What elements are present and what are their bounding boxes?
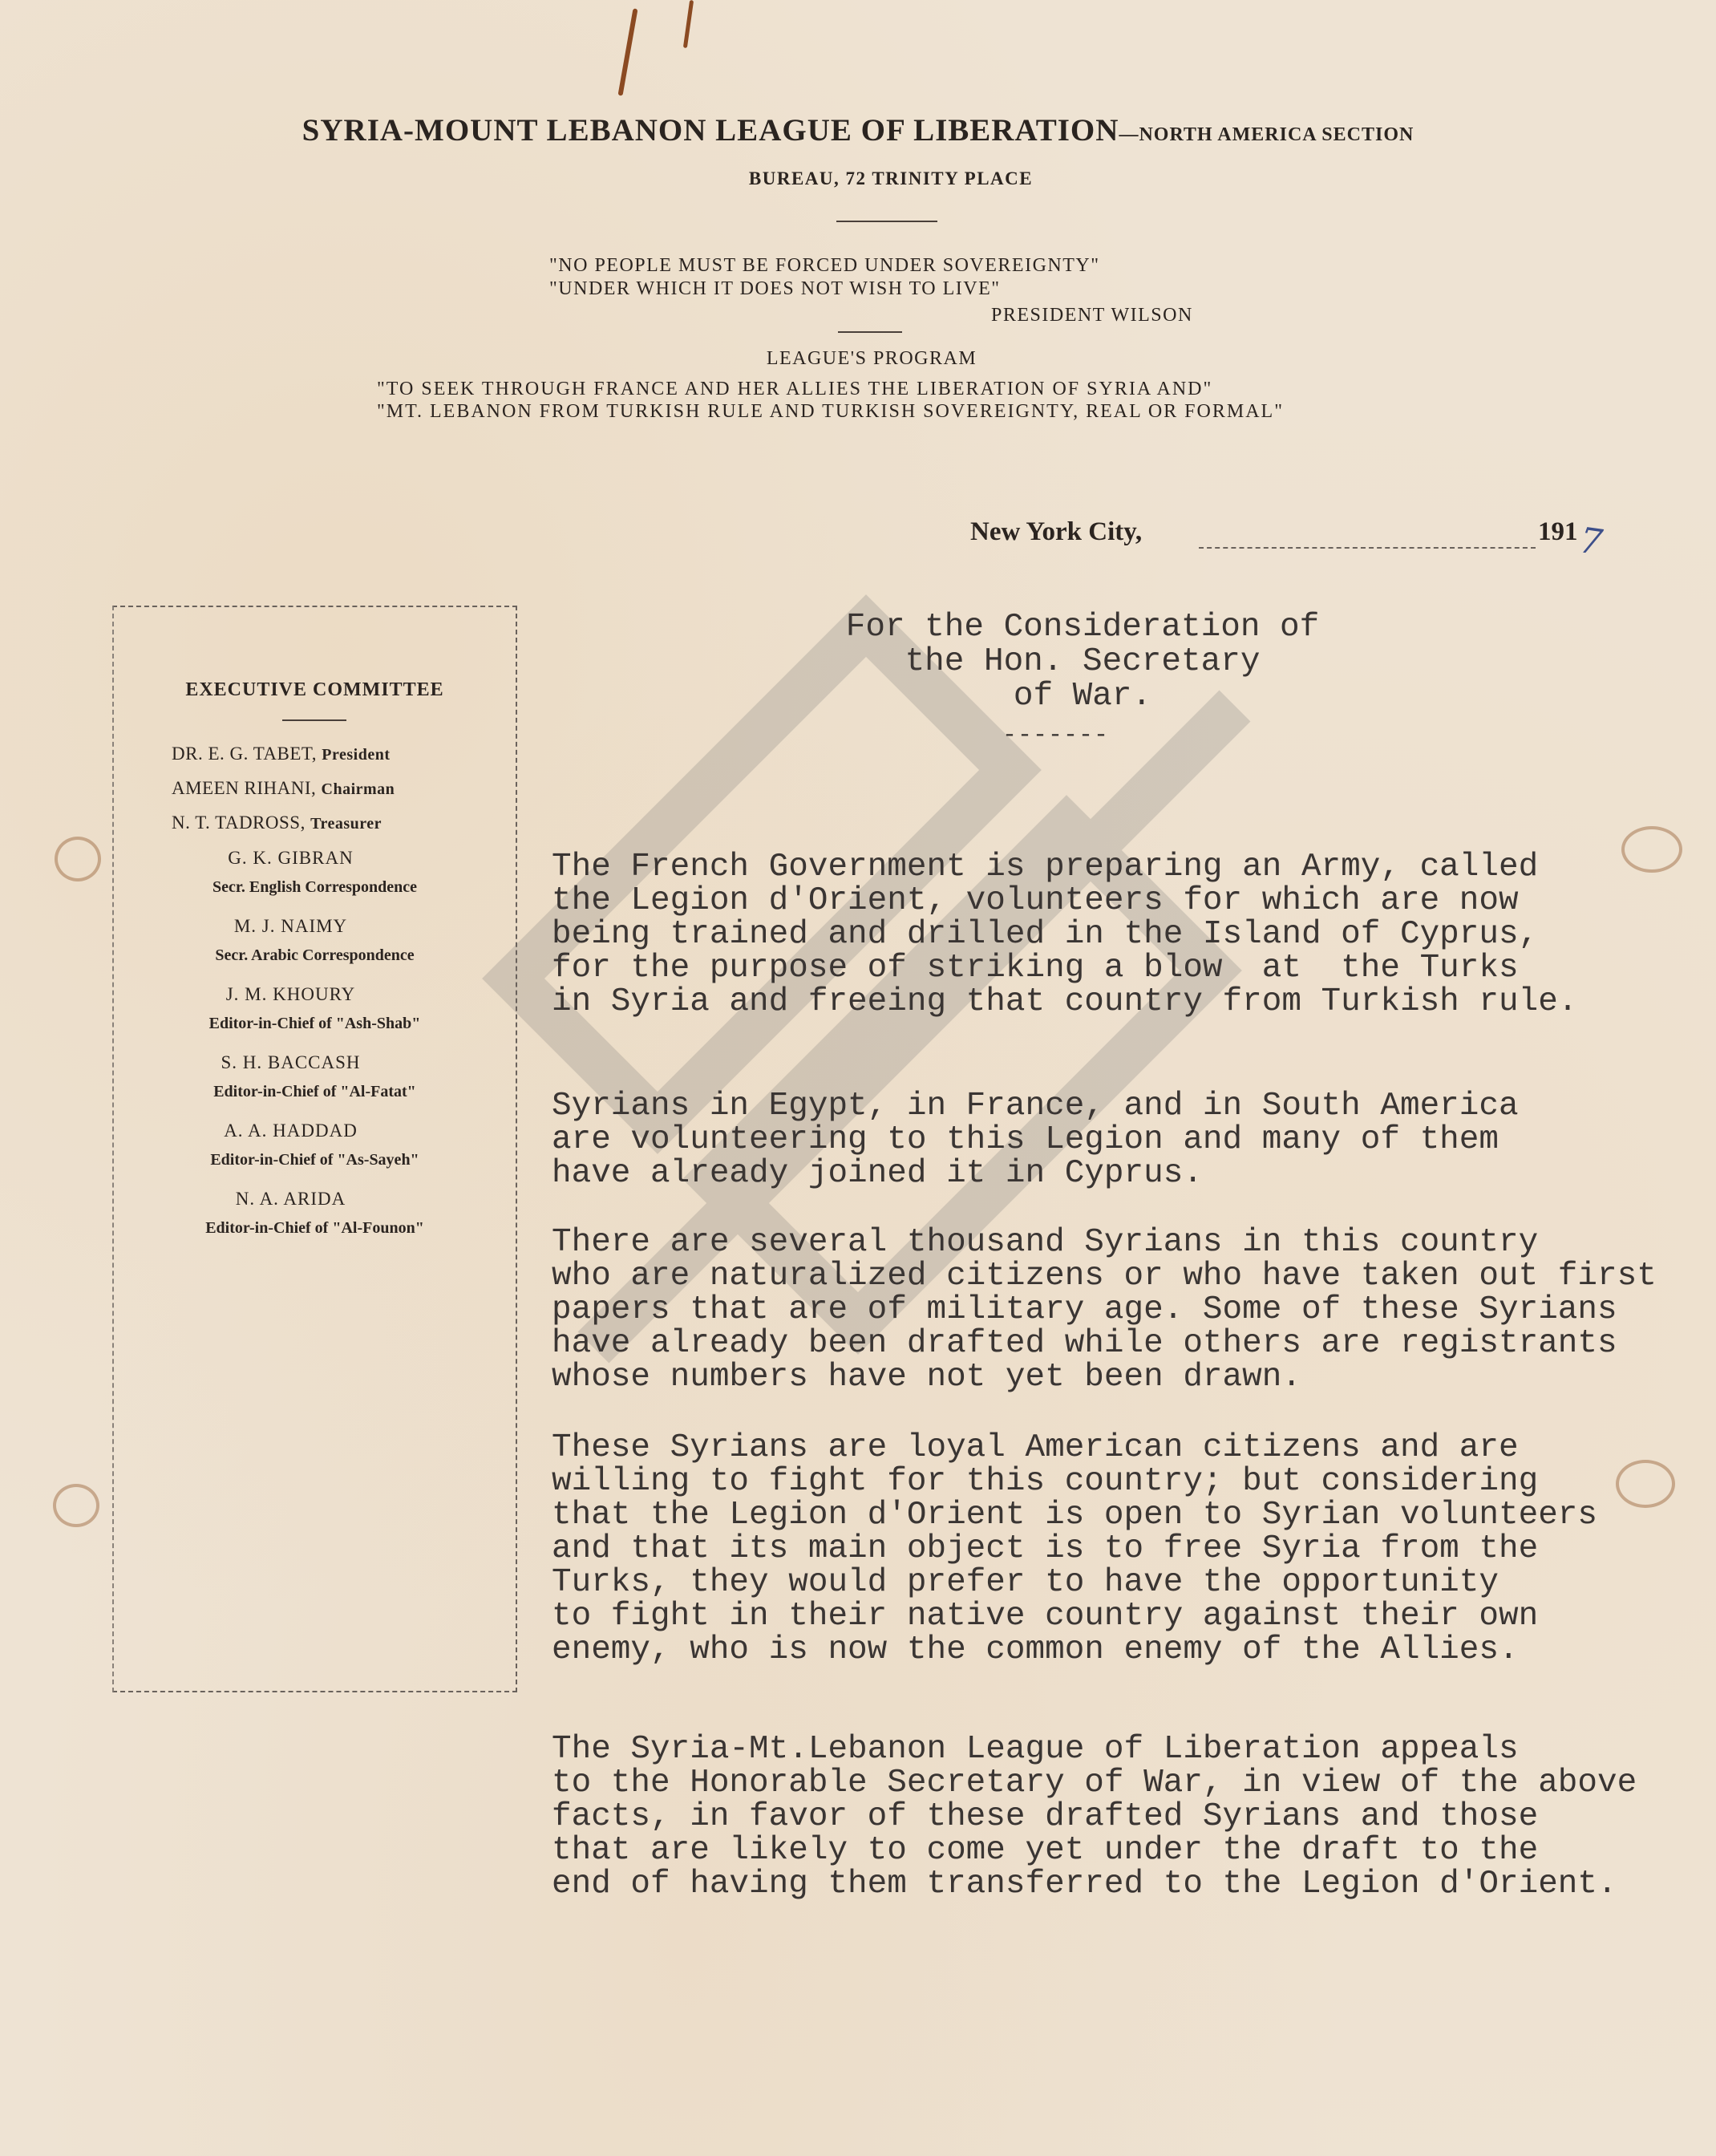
letter-paragraph-2: Syrians in Egypt, in France, and in Sout…: [552, 1089, 1519, 1190]
pencil-mark: [683, 0, 694, 48]
divider: [836, 221, 937, 222]
pencil-mark: [617, 8, 637, 95]
member-role: Editor-in-Chief of "Al-Fatat": [114, 1083, 516, 1101]
divider: [282, 719, 346, 721]
member-role: Editor-in-Chief of "As-Sayeh": [114, 1151, 516, 1169]
member-role: Editor-in-Chief of "Al-Founon": [114, 1219, 516, 1238]
member-name: N. A. ARIDA: [90, 1189, 492, 1210]
member-role: Editor-in-Chief of "Ash-Shab": [114, 1015, 516, 1033]
dateline-city: New York City,: [970, 517, 1142, 547]
letter-paragraph-3: There are several thousand Syrians in th…: [552, 1226, 1657, 1394]
heading-underline: -------: [1002, 722, 1109, 749]
program-line-2: "MT. LEBANON FROM TURKISH RULE AND TURKI…: [377, 401, 1284, 423]
officer-name: N. T. TADROSS,: [172, 813, 306, 833]
program-heading: LEAGUE'S PROGRAM: [0, 348, 1716, 370]
punch-hole-stain: [1621, 826, 1682, 873]
committee-officer: N. T. TADROSS, Treasurer: [172, 813, 382, 833]
member-name: J. M. KHOURY: [90, 984, 492, 1005]
letter-paragraph-1: The French Government is preparing an Ar…: [552, 850, 1577, 1019]
wilson-quote-line-1: "NO PEOPLE MUST BE FORCED UNDER SOVEREIG…: [549, 255, 1100, 277]
member-name: S. H. BACCASH: [90, 1052, 492, 1073]
section-name: —NORTH AMERICA SECTION: [1119, 124, 1414, 145]
letterhead-title: SYRIA-MOUNT LEBANON LEAGUE OF LIBERATION…: [0, 112, 1716, 148]
letter-heading-line-3: of War.: [802, 679, 1363, 714]
punch-hole-stain: [53, 1484, 99, 1527]
officer-name: DR. E. G. TABET,: [172, 744, 317, 764]
letter-heading-line-1: For the Consideration of: [802, 610, 1363, 645]
committee-officer: DR. E. G. TABET, President: [172, 744, 390, 764]
officer-role: Treasurer: [310, 815, 382, 833]
letter-heading-line-2: the Hon. Secretary: [802, 644, 1363, 679]
member-name: M. J. NAIMY: [90, 916, 492, 937]
member-name: A. A. HADDAD: [90, 1121, 492, 1141]
handwritten-year-digit: 7: [1577, 520, 1605, 563]
date-blank-line: [1199, 547, 1536, 549]
member-name: G. K. GIBRAN: [90, 848, 492, 869]
dateline-year: 191: [1538, 517, 1578, 547]
officer-role: Chairman: [322, 780, 395, 798]
letter-paragraph-5: The Syria-Mt.Lebanon League of Liberatio…: [552, 1732, 1637, 1901]
committee-title: EXECUTIVE COMMITTEE: [114, 679, 516, 701]
letter-paragraph-4: These Syrians are loyal American citizen…: [552, 1431, 1597, 1667]
executive-committee-box: EXECUTIVE COMMITTEE DR. E. G. TABET, Pre…: [112, 606, 517, 1692]
member-role: Secr. English Correspondence: [114, 878, 516, 897]
divider: [838, 331, 902, 333]
wilson-quote-line-2: "UNDER WHICH IT DOES NOT WISH TO LIVE": [549, 278, 1001, 300]
bureau-address: BUREAU, 72 TRINITY PLACE: [0, 168, 1716, 189]
program-line-1: "TO SEEK THROUGH FRANCE AND HER ALLIES T…: [377, 379, 1212, 400]
officer-role: President: [322, 746, 390, 764]
member-role: Secr. Arabic Correspondence: [114, 946, 516, 965]
punch-hole-stain: [1616, 1460, 1675, 1508]
organization-name: SYRIA-MOUNT LEBANON LEAGUE OF LIBERATION: [302, 113, 1119, 148]
quote-attribution: PRESIDENT WILSON: [991, 305, 1193, 326]
officer-name: AMEEN RIHANI,: [172, 778, 316, 798]
committee-officer: AMEEN RIHANI, Chairman: [172, 778, 395, 799]
